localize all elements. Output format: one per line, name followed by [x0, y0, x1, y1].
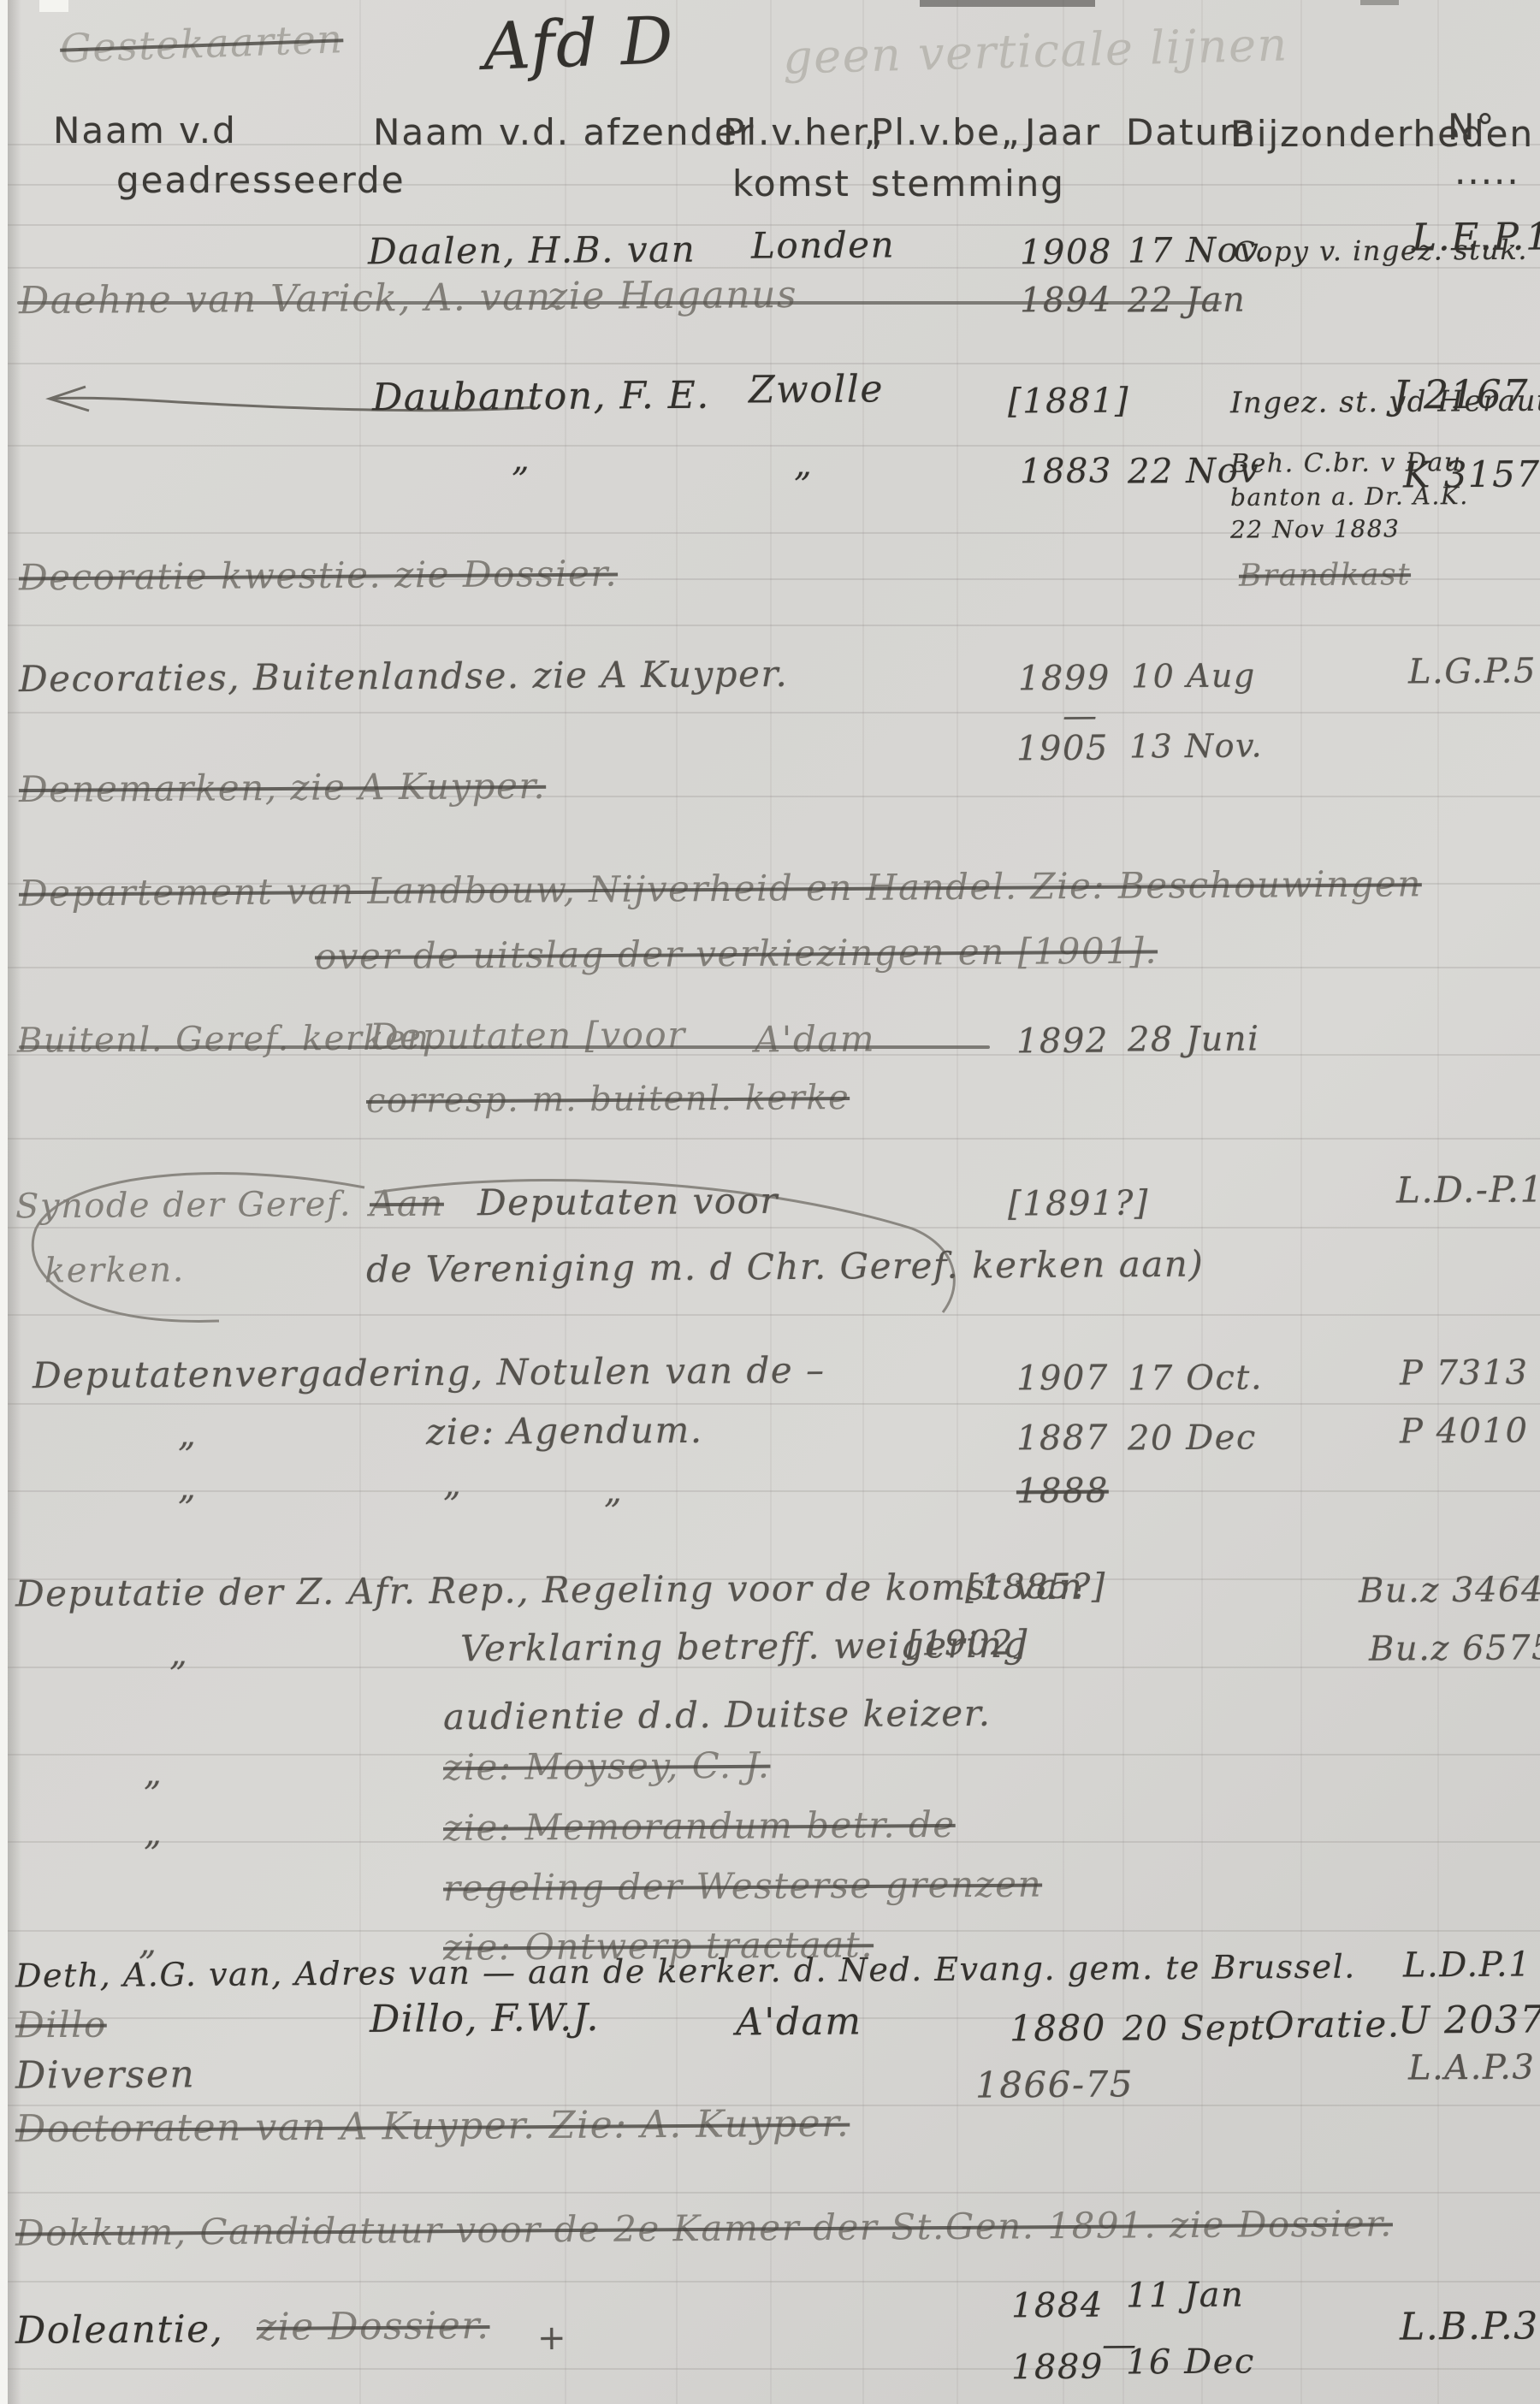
column-header-bestemming: Pl.v.be„	[871, 111, 1022, 153]
entry-doleantie-datum2: 16 Dec	[1126, 2342, 1255, 2382]
ditto-mark: „	[144, 1814, 163, 1853]
entry-daubanton-nr: J 2167	[1393, 370, 1530, 417]
entry-decoratie-bijzonderheden: Brandkast	[1239, 557, 1411, 593]
entry-dillo-herkomst: A'dam	[736, 1999, 862, 2044]
ditto-mark: „	[443, 1465, 463, 1504]
entry-doctoraten-geadresseerde: Doctoraten van A Kuyper. Zie: A. Kuyper.	[15, 2102, 850, 2152]
page-edge	[0, 0, 8, 2404]
entry-dokkum-geadresseerde: Dokkum, Candidatuur voor de 2e Kamer der…	[15, 2202, 1393, 2253]
entry-depverg2-datum: 20 Dec	[1128, 1418, 1257, 1458]
scan-artifact	[1360, 0, 1399, 5]
entry-buitenl-jaar: 1892	[1016, 1021, 1109, 1062]
entry-depverg1-datum: 17 Oct.	[1128, 1358, 1263, 1398]
entry-dillo-geadresseerde: Dillo	[15, 2004, 107, 2046]
entry-synode-afzender-line2: de Vereniging m. d Chr. Geref. kerken aa…	[366, 1243, 1205, 1291]
entry-denemarken-geadresseerde: Denemarken, zie A Kuyper.	[19, 765, 546, 810]
entry-decoratie-geadresseerde: Decoratie kwestie. zie Dossier.	[19, 553, 618, 599]
column-header-afzender: Naam v.d. afzender	[373, 111, 755, 153]
entry-daubanton-herkomst: Zwolle	[749, 367, 884, 412]
entry-doleantie-reference: zie Dossier.	[257, 2304, 490, 2349]
entry-daehne-jaar: 1894	[1020, 281, 1112, 321]
entry-dillo-jaar: 1880	[1010, 2007, 1106, 2050]
column-header-geadresseerde-sub: geadresseerde	[116, 159, 406, 201]
column-header-herkomst-sub: komst	[732, 163, 850, 204]
entry-deputatie2-nr: Bu.z 6575	[1369, 1628, 1540, 1669]
entry-buitenl-afzender: Deputaten [voor	[370, 1014, 686, 1058]
scan-artifact	[920, 0, 1095, 7]
strikethrough-line	[17, 301, 1222, 305]
entry-doleantie-datum1: 11 Jan	[1126, 2276, 1245, 2316]
entry-dillo-nr: U 2037	[1398, 1998, 1540, 2042]
entry-depverg1-nr: P 7313	[1400, 1353, 1529, 1393]
entry-decoraties-jaar2: 1905	[1016, 729, 1109, 769]
entry-diversen-jaar: 1866-75	[975, 2063, 1134, 2105]
entry-synode-afzender: Deputaten voor	[477, 1180, 779, 1223]
entry-daubanton-afzender: Daubanton, F. E.	[372, 374, 710, 420]
entry-dillo-datum: 20 Sept.	[1122, 2008, 1277, 2048]
entry-daalen-herkomst: Londen	[751, 223, 895, 266]
ditto-mark: „	[512, 440, 531, 479]
column-header-nr: N°	[1448, 106, 1496, 148]
entry-daehne-geadresseerde: Daehne van Varick, A. van.	[19, 275, 566, 323]
strikethrough-line	[19, 1045, 990, 1049]
ditto-mark: „	[178, 1468, 198, 1507]
entry-doleantie-jaar1: 1884	[1011, 2286, 1104, 2326]
entry-daalen-nr: L.E.P.1	[1412, 215, 1540, 259]
entry-daalen-jaar: 1908	[1020, 233, 1112, 273]
entry-buitenl-herkomst: A'dam	[755, 1018, 875, 1061]
entry-depverg3-jaar: 1888	[1016, 1471, 1109, 1512]
entry-decoraties-geadresseerde: Decoraties, Buitenlandse. zie A Kuyper.	[19, 653, 789, 700]
entry-deputatie1-geadresseerde: Deputatie der Z. Afr. Rep., Regeling voo…	[15, 1566, 1084, 1615]
entry-doleantie-geadresseerde: Doleantie,	[15, 2307, 224, 2353]
entry-synode-jaar: [1891?]	[1008, 1183, 1149, 1223]
entry-deputatie1-jaar: [1885?]	[965, 1566, 1106, 1607]
entry-depverg1-geadresseerde: Deputatenvergadering, Notulen van de –	[33, 1349, 826, 1396]
entry-depverg2-afzender: zie: Agendum.	[426, 1409, 703, 1453]
ditto-mark: „	[169, 1634, 189, 1673]
entry-deputatie5-afzender: zie: Memorandum betr. de	[443, 1803, 956, 1849]
section-label: Afd D	[483, 2, 676, 85]
entry-dillo-bijzonderheden: Oratie.	[1265, 2003, 1401, 2046]
column-header-jaar: Jaar	[1025, 111, 1101, 153]
entry-synode-geadresseerde-line1: Synode der Geref.	[15, 1185, 352, 1227]
entry-doleantie-nr: L.B.P.3	[1400, 2304, 1539, 2348]
entry-daalen-afzender: Daalen, H.B. van	[368, 228, 696, 273]
ditto-mark: „	[794, 445, 814, 484]
column-header-geadresseerde: Naam v.d	[53, 110, 237, 151]
entry-daubanton2-nr: K 3157	[1403, 453, 1540, 495]
entry-departement-line1: Departement van Landbouw, Nijverheid en …	[19, 862, 1422, 914]
entry-deputatie1-nr: Bu.z 3464	[1359, 1570, 1540, 1611]
entry-synode-nr: L.D.-P.1	[1396, 1168, 1540, 1211]
entry-daubanton2-jaar: 1883	[1020, 452, 1112, 492]
entry-depverg1-jaar: 1907	[1016, 1359, 1109, 1399]
entry-deth-line: Deth, A.G. van, Adres van — aan de kerke…	[15, 1948, 1356, 1995]
entry-decoraties-datum2: 13 Nov.	[1129, 726, 1263, 765]
entry-depverg2-jaar: 1887	[1016, 1418, 1109, 1459]
entry-deputatie3-afzender: audientie d.d. Duitse keizer.	[443, 1692, 992, 1738]
column-header-nr-sub: .....	[1454, 151, 1520, 192]
entry-buitenl-afzender-line2: corresp. m. buitenl. kerke	[366, 1078, 850, 1121]
entry-doleantie-jaar2: 1889	[1011, 2348, 1104, 2388]
ditto-mark: „	[144, 1754, 163, 1793]
entry-deputatie4-afzender: zie: Moysey, C. J.	[443, 1744, 771, 1789]
entry-deputatie2-jaar: [1902]	[907, 1624, 1028, 1664]
entry-deth-nr: L.D.P.1	[1403, 1945, 1531, 1985]
entry-depverg2-nr: P 4010	[1400, 1411, 1529, 1451]
entry-buitenl-datum: 28 Juni	[1128, 1019, 1260, 1059]
crossed-out-title-note: Gestekaarten	[59, 15, 344, 72]
entry-daehne-datum: 22 Jan	[1128, 281, 1247, 321]
entry-decoraties-nr: L.G.P.5	[1408, 651, 1537, 691]
index-card-page: Gestekaarten Afd D geen verticale lijnen…	[0, 0, 1540, 2404]
column-header-herkomst: Pl.v.her„	[723, 111, 884, 153]
plus-mark: +	[537, 2318, 567, 2358]
column-header-bestemming-sub: stemming	[871, 163, 1065, 204]
entry-decoraties-jaar1: 1899	[1018, 659, 1111, 699]
entry-daubanton2-bijzonderheden-line3: 22 Nov 1883	[1230, 514, 1401, 543]
entry-diversen-geadresseerde: Diversen	[15, 2052, 196, 2097]
faint-margin-note: geen verticale lijnen	[782, 17, 1288, 84]
entry-decoraties-datum1: 10 Aug	[1131, 656, 1256, 695]
entry-daehne-afzender: zie Haganus	[548, 273, 797, 318]
ditto-mark: „	[178, 1415, 198, 1454]
entry-synode-geadresseerde-line2: kerken.	[44, 1250, 185, 1290]
ditto-mark: „	[604, 1471, 624, 1511]
scan-artifact	[39, 0, 68, 12]
entry-departement-line2: over de uitslag der verkiezingen en [190…	[315, 930, 1158, 978]
entry-daubanton-jaar: [1881]	[1008, 382, 1129, 422]
entry-dillo-afzender: Dillo, F.W.J.	[370, 1996, 600, 2041]
entry-buitenl-geadresseerde: Buitenl. Geref. kerken	[17, 1018, 430, 1060]
entry-diversen-nr: L.A.P.3	[1408, 2047, 1536, 2087]
entry-synode-afzender-struck-word: Aan	[370, 1182, 444, 1225]
entry-deputatie6-afzender: regeling der Westerse grenzen	[443, 1863, 1042, 1910]
